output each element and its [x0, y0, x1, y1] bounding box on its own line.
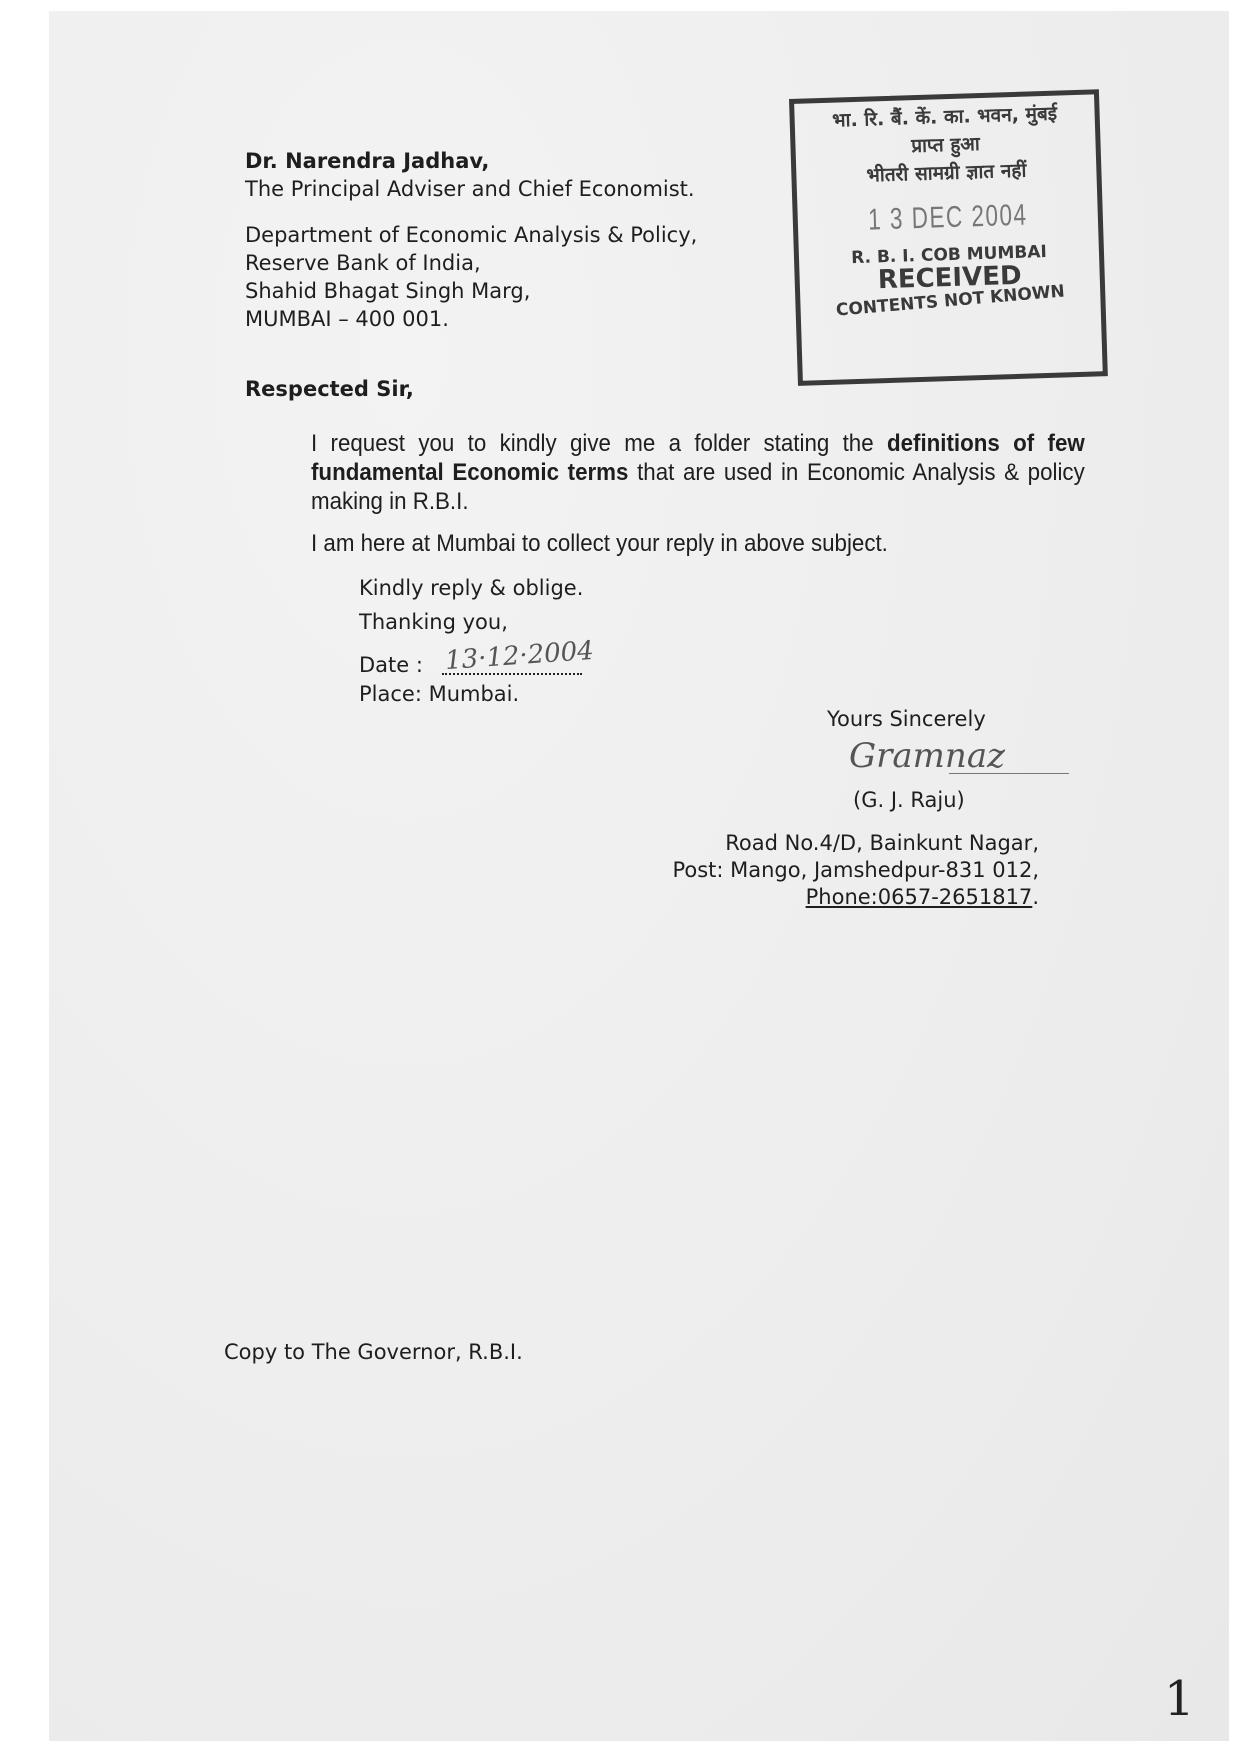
sender-phone: Phone:0657-2651817.	[806, 887, 1039, 908]
closing-thanks: Thanking you,	[359, 612, 508, 633]
closing-request: Kindly reply & oblige.	[359, 578, 583, 599]
margin-page-mark: 1	[1164, 1671, 1195, 1727]
scanned-letter-page: Dr. Narendra Jadhav, The Principal Advis…	[49, 11, 1229, 1741]
sender-name: (G. J. Raju)	[853, 790, 965, 811]
copy-to-line: Copy to The Governor, R.B.I.	[224, 1342, 523, 1363]
date-label: Date :	[359, 655, 423, 676]
salutation: Respected Sir,	[245, 379, 414, 400]
body-paragraph-collect: I am here at Mumbai to collect your repl…	[311, 529, 1148, 558]
recipient-title: The Principal Adviser and Chief Economis…	[245, 179, 695, 200]
sender-phone-suffix: .	[1032, 885, 1039, 909]
recipient-address-line: Department of Economic Analysis & Policy…	[245, 225, 697, 246]
body-paragraph-request: I request you to kindly give me a folder…	[311, 429, 1085, 516]
recipient-address-line: Shahid Bhagat Singh Marg,	[245, 281, 530, 302]
recipient-address-line: Reserve Bank of India,	[245, 253, 481, 274]
sender-address-line: Post: Mango, Jamshedpur-831 012,	[672, 860, 1039, 881]
received-stamp: भा. रि. बैं. कें. का. भवन, मुंबई प्राप्त…	[789, 89, 1108, 386]
sender-address-line: Road No.4/D, Bainkunt Nagar,	[725, 833, 1039, 854]
handwritten-signature: Gramnaz	[849, 736, 1005, 776]
place: Place: Mumbai.	[359, 684, 519, 705]
recipient-name: Dr. Narendra Jadhav,	[245, 151, 489, 172]
recipient-address-line: MUMBAI – 400 001.	[245, 309, 449, 330]
valediction: Yours Sincerely	[827, 709, 986, 730]
handwritten-date: 13·12·2004	[444, 636, 595, 676]
signature-underline	[949, 773, 1069, 774]
sender-phone-number: Phone:0657-2651817	[806, 885, 1033, 909]
stamp-date: 1 3 DEC 2004	[835, 198, 1061, 239]
request-text-start: I request you to kindly give me a folder…	[311, 430, 887, 457]
